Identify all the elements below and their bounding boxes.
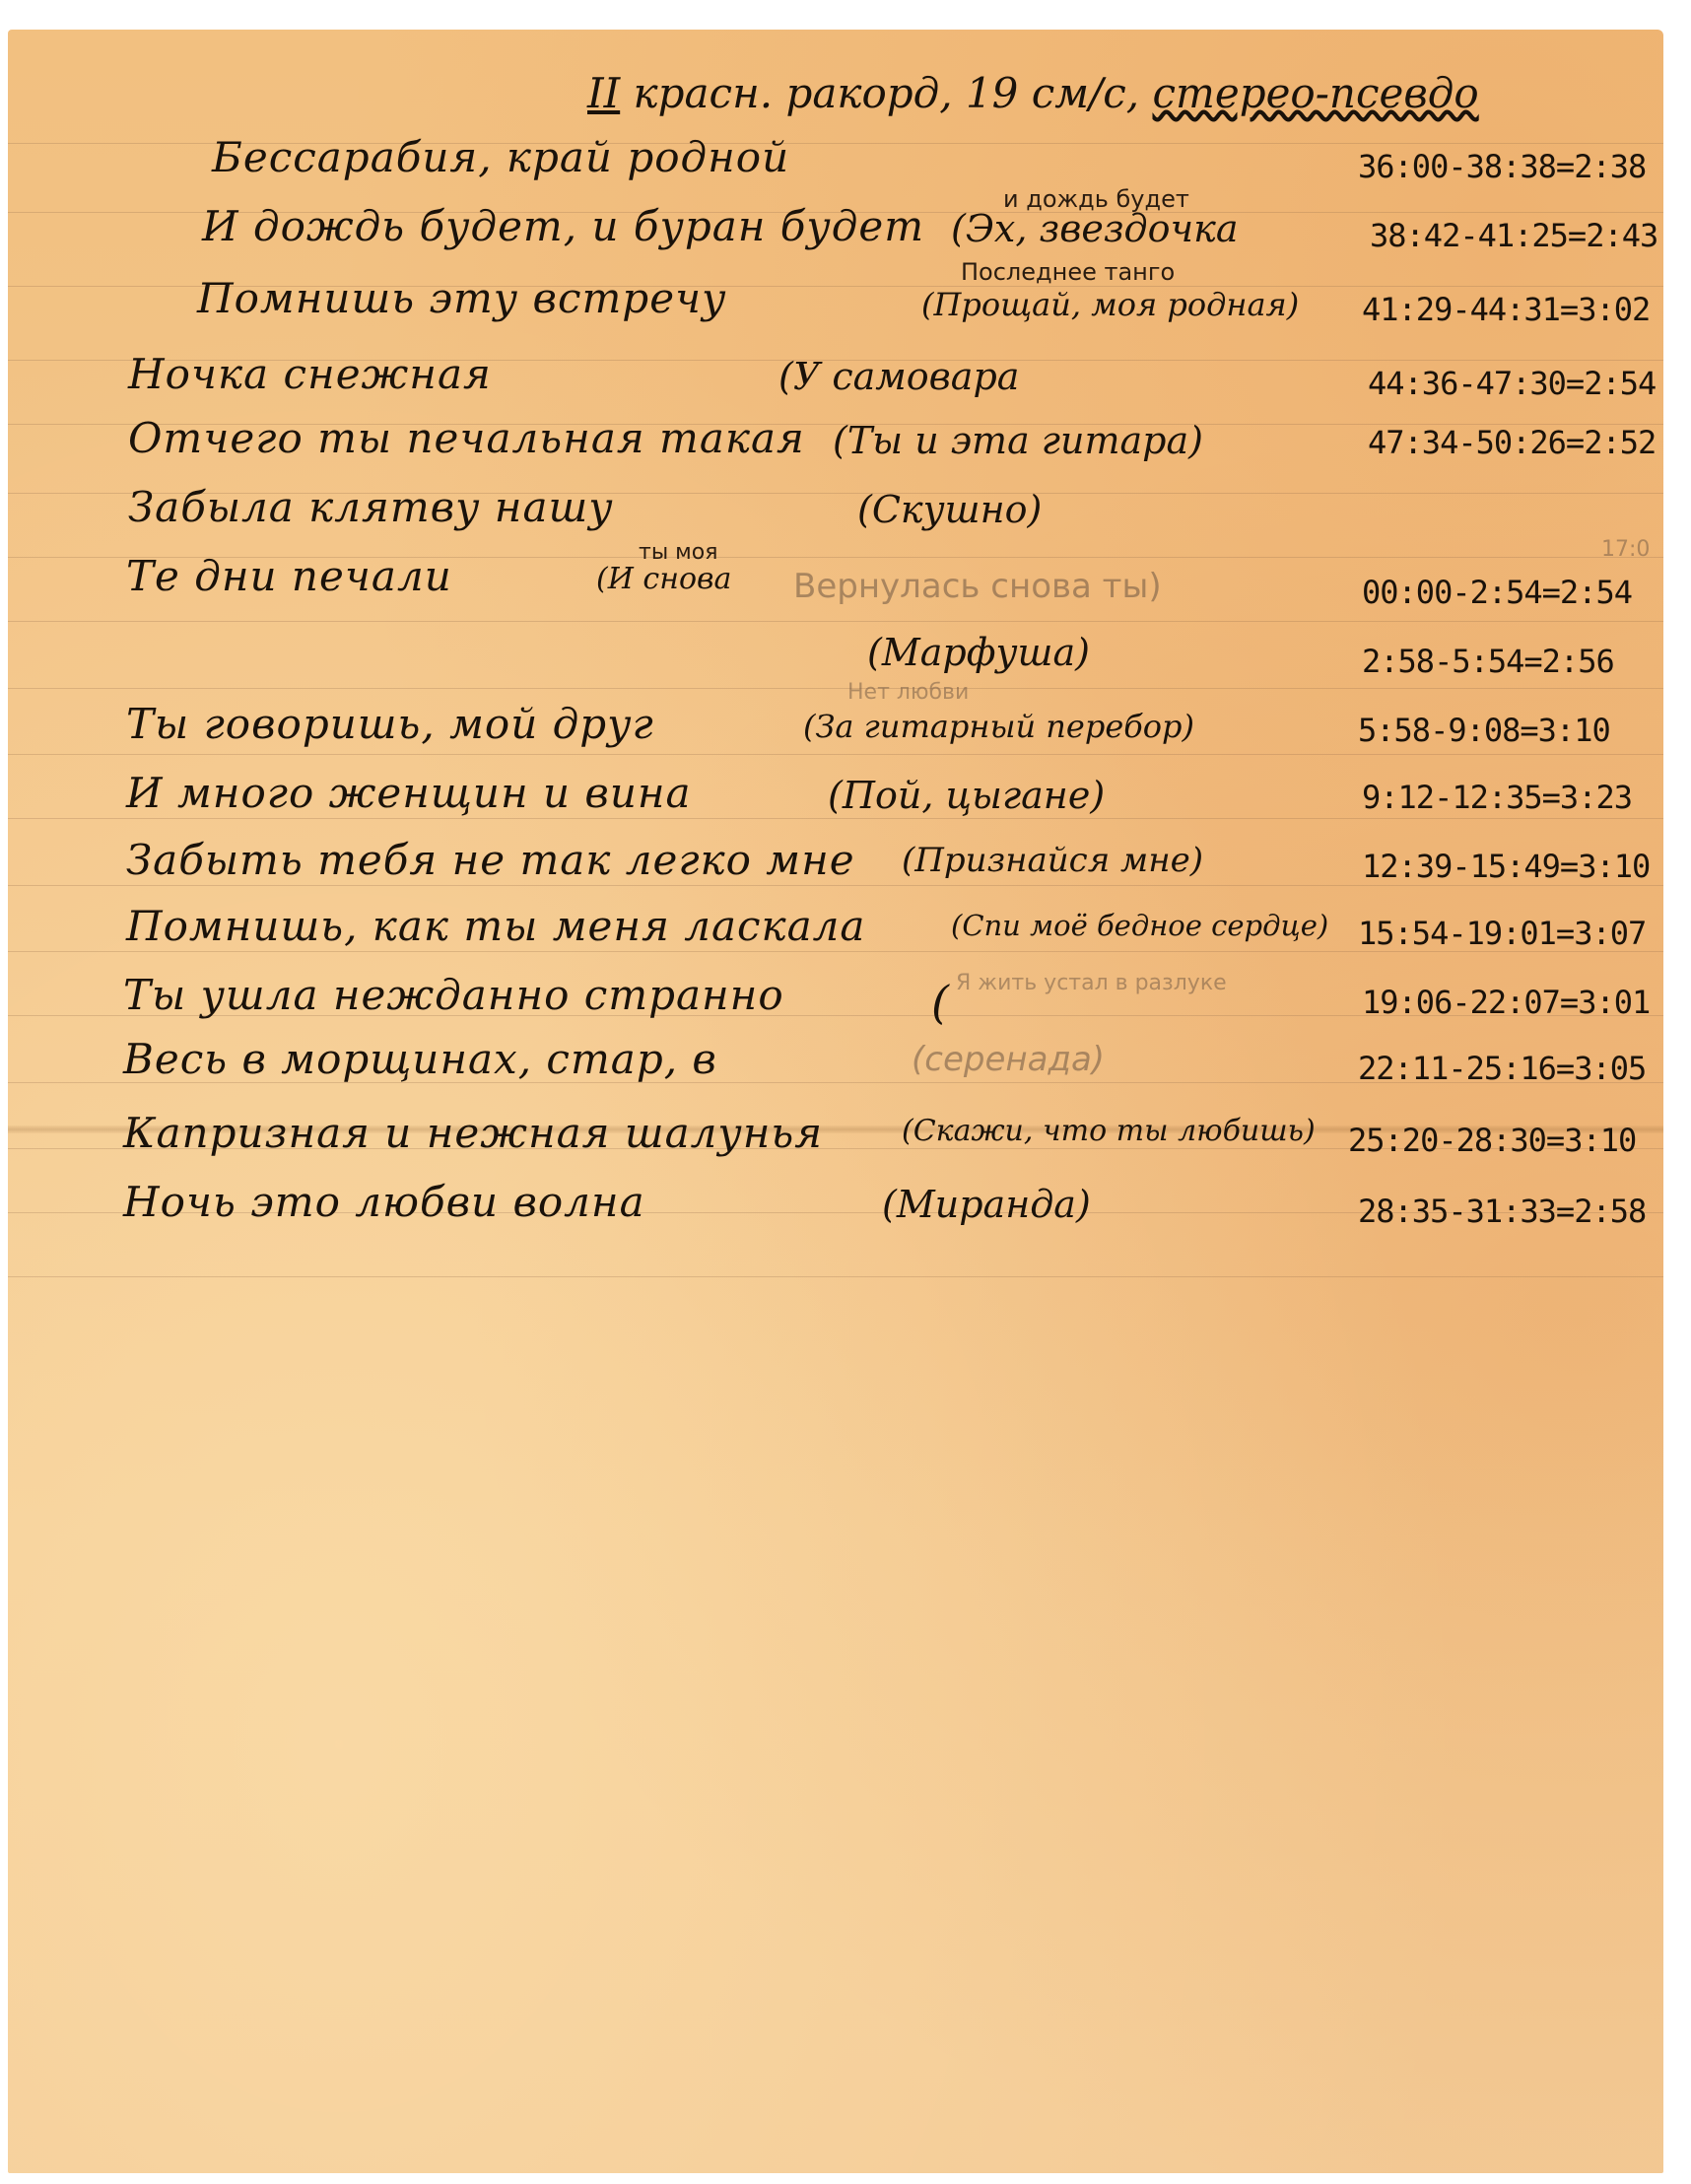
track-alt-title: (И снова [596, 562, 731, 596]
ruled-line [8, 688, 1663, 689]
track-time: 5:58-9:08=3:10 [1358, 712, 1610, 749]
track-time: 19:06-22:07=3:01 [1362, 984, 1650, 1021]
track-alt-title: (Пой, цыгане) [828, 774, 1105, 817]
audio-mode: стерео-псевдо [1152, 69, 1478, 117]
track-title: Бессарабия, край родной [212, 133, 789, 181]
track-title: Ты говоришь, мой друг [126, 700, 654, 748]
track-title: Капризная и нежная шалунья [123, 1109, 823, 1157]
track-alt-title: (За гитарный перебор) [803, 708, 1194, 745]
track-alt-title: (Скушно) [857, 488, 1042, 531]
track-time: 25:20-28:30=3:10 [1348, 1122, 1636, 1159]
track-time: 47:34-50:26=2:52 [1368, 424, 1656, 461]
ruled-line [8, 754, 1663, 755]
track-time: 15:54-19:01=3:07 [1358, 915, 1646, 952]
ruled-line [8, 818, 1663, 819]
track-alt-title: (У самовара [778, 355, 1019, 398]
track-alt-title: (Ты и эта гитара) [833, 419, 1203, 462]
margin-note: 17:0 [1601, 537, 1650, 562]
track-title: И много женщин и вина [126, 769, 692, 817]
track-time: 36:00-38:38=2:38 [1358, 148, 1646, 185]
track-title: Забыла клятву нашу [128, 483, 614, 531]
tape-speed: 19 см/с, [966, 69, 1139, 117]
pencil-note: (серенада) [912, 1040, 1105, 1079]
track-title: Ночка снежная [128, 350, 492, 398]
track-alt-title: (Миранда) [882, 1183, 1091, 1226]
track-title: И дождь будет, и буран будет [202, 202, 924, 250]
track-title: Те дни печали [126, 552, 452, 600]
track-time: 2:58-5:54=2:56 [1362, 643, 1614, 680]
track-title: Помнишь, как ты меня ласкала [126, 902, 865, 950]
pencil-note: Нет любви [847, 680, 969, 705]
track-alt-title: (Прощай, моя родная) [921, 286, 1299, 323]
track-alt-title: (Скажи, что ты любишь) [902, 1114, 1316, 1148]
track-time: 12:39-15:49=3:10 [1362, 848, 1650, 885]
track-title: Забыть тебя не так легко мне [126, 836, 855, 884]
ruled-line [8, 885, 1663, 886]
track-title: Ночь это любви волна [123, 1178, 645, 1226]
track-time: 9:12-12:35=3:23 [1362, 779, 1632, 816]
track-title: Отчего ты печальная такая [128, 414, 805, 462]
track-time: 41:29-44:31=3:02 [1362, 291, 1650, 328]
tape-header: II красн. ракорд, 19 см/с, стерео-псевдо [587, 69, 1479, 117]
reel-number: II [587, 69, 620, 117]
track-time: 28:35-31:33=2:58 [1358, 1193, 1646, 1230]
tape-type: красн. ракорд, [634, 69, 953, 117]
track-time: 00:00-2:54=2:54 [1362, 574, 1632, 611]
ruled-line [8, 1276, 1663, 1277]
track-alt-title: (Спи моё бедное сердце) [951, 909, 1328, 942]
track-note: Последнее танго [961, 258, 1175, 286]
pencil-note: Вернулась снова ты) [793, 567, 1162, 606]
track-time: 38:42-41:25=2:43 [1370, 217, 1657, 254]
track-title: Ты ушла нежданно странно [123, 971, 784, 1019]
track-time: 22:11-25:16=3:05 [1358, 1050, 1646, 1087]
track-alt-title: (Эх, звездочка [951, 207, 1239, 250]
track-title: Помнишь эту встречу [197, 274, 727, 322]
ruled-line [8, 621, 1663, 622]
track-title: Весь в морщинах, стар, в [123, 1035, 717, 1083]
track-alt-title: (Признайся мне) [902, 841, 1203, 880]
track-alt-title: (Марфуша) [867, 631, 1090, 674]
track-alt-title: ( [931, 976, 949, 1029]
pencil-note: Я жить устал в разлуке [956, 971, 1227, 995]
track-time: 44:36-47:30=2:54 [1368, 365, 1656, 402]
